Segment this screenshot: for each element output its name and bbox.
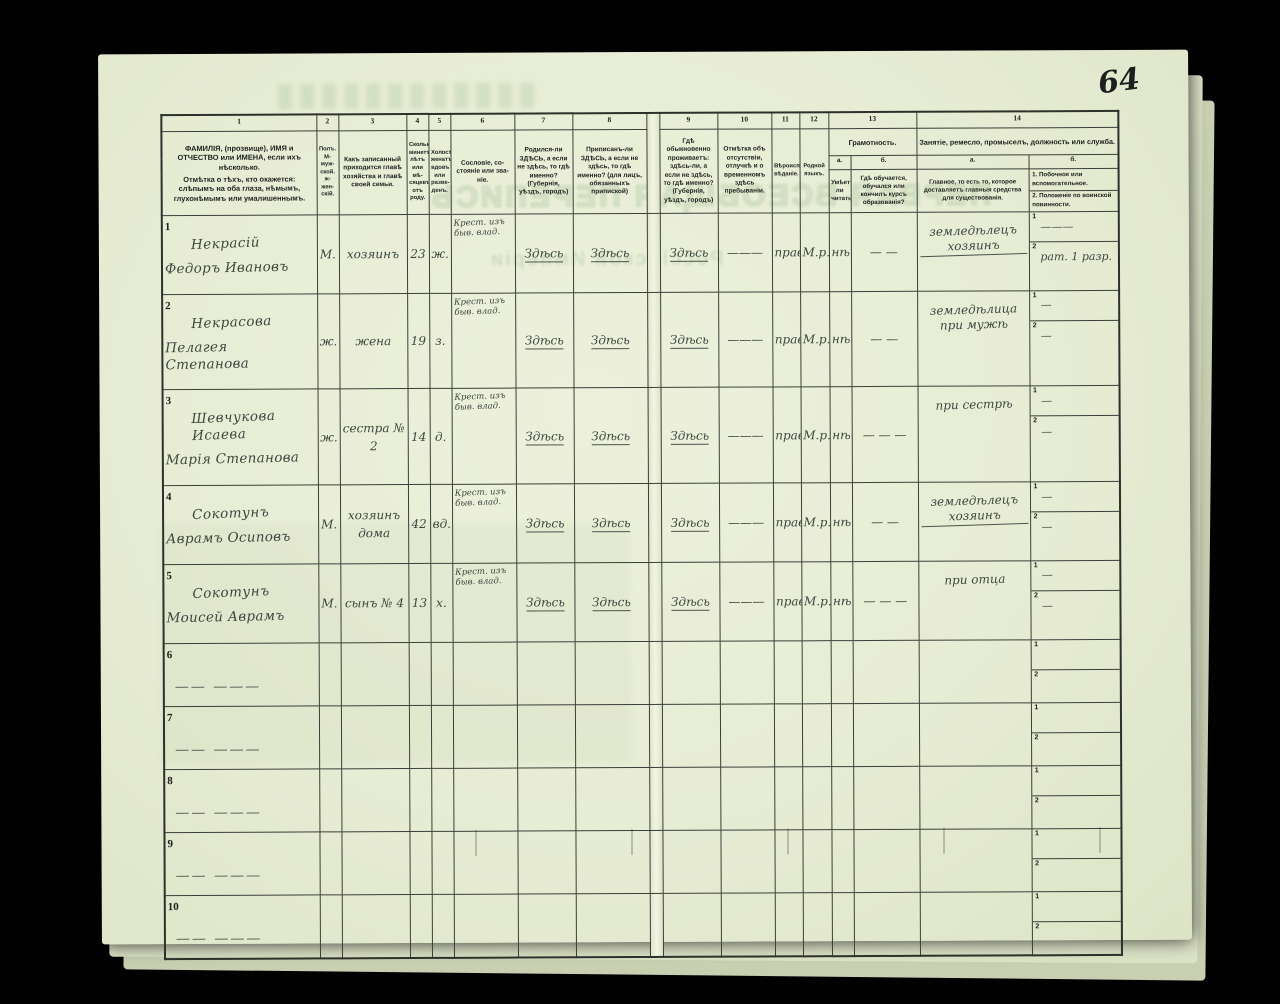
header-relation: Какъ записанный при­ходится главѣ хозяй­… — [338, 131, 406, 215]
name-cell: 10 —— ——— — [165, 894, 320, 958]
literacy-a-label: а. — [829, 156, 851, 170]
page-fold — [649, 767, 662, 830]
reads-value: нѣтъ — [833, 594, 853, 608]
occupation-b-item2: 2. Положеніе по воинской повинности. — [1029, 190, 1118, 210]
sex-value: ж. — [320, 430, 338, 444]
side-occupation-cell: 1 2 — [1031, 639, 1121, 702]
military-status-value: — — [1041, 329, 1052, 343]
age-value: 14 — [411, 430, 426, 444]
resides-value: Здѣсь — [670, 428, 709, 444]
relation-value: жена — [355, 334, 391, 348]
row-number: 5 — [166, 570, 172, 582]
literacy-a-text: Умѣетъ-ли читать? — [829, 170, 851, 213]
given-name: Моисей Аврамъ — [166, 607, 316, 627]
header-literacy-title: Грамотность. — [828, 128, 916, 155]
header-name-column: ФАМИЛІЯ, (прозвище), ИМЯ и ОТЧЕСТВО или … — [161, 131, 316, 216]
sub-number: 1 — [1034, 704, 1038, 711]
age-value: 13 — [412, 596, 427, 610]
sub-number: 1 — [1033, 388, 1037, 395]
name-cell: 5 Сокотунъ Моисей Аврамъ — [163, 564, 318, 643]
sub-number: 1 — [1032, 213, 1036, 220]
col-number: 8 — [572, 113, 646, 130]
table-row: 5 Сокотунъ Моисей Аврамъ М. сынъ № 4 13 … — [163, 560, 1120, 643]
education-value: — — — — [863, 428, 907, 442]
sex-value: М. — [321, 517, 337, 531]
sub-number: 1 — [1034, 641, 1038, 648]
reads-value: нѣтъ — [832, 428, 852, 442]
row-number: 7 — [167, 712, 173, 724]
resides-value: Здѣсь — [671, 594, 710, 610]
side-occupation-cell: 1 2 — [1031, 702, 1121, 765]
page-fold — [648, 388, 661, 484]
row-number: 4 — [166, 491, 172, 503]
language-value: М.р. — [802, 245, 829, 259]
col-number: 11 — [771, 112, 799, 129]
col-number: 1 — [161, 114, 316, 131]
marital-value: вд. — [433, 517, 451, 531]
language-value: М.р. — [804, 515, 831, 529]
table-row: 4 Сокотунъ Аврамъ Осиповъ М. хозяинъ дом… — [163, 481, 1120, 564]
education-value: — — — — [864, 593, 908, 607]
born-value: Здѣсь — [524, 246, 563, 262]
page-fold — [649, 704, 662, 767]
language-value: М.р. — [803, 428, 830, 442]
sub-number: 2 — [1034, 513, 1038, 520]
sex-value: ж. — [320, 334, 338, 348]
religion-value: прав. — [776, 594, 802, 608]
side-occupation-cell: 1 2 — [1032, 891, 1122, 955]
estate-value: Крест. изъ быв. влад. — [453, 217, 513, 240]
empty-dash — [174, 388, 315, 389]
side-occupation-cell: 1 2 — [1031, 765, 1121, 828]
side-occupation-cell: 1——— 2рат. 1 разр. — [1029, 211, 1119, 290]
table-row: 1 Некрасій Федоръ Ивановъ М. хозяинъ 23 … — [162, 211, 1119, 294]
page-fold — [650, 893, 663, 957]
given-name: Пелагея Степанова — [165, 337, 315, 374]
sub-number: 2 — [1034, 592, 1038, 599]
given-name: Марія Степанова — [166, 449, 316, 469]
header-resides: Гдѣ обыкновенно проживаетъ: здѣсь-ли, а … — [659, 129, 717, 213]
name-cell: 1 Некрасій Федоръ Ивановъ — [162, 215, 317, 294]
side-occupation-cell: 1— 2— — [1030, 481, 1120, 560]
row-number: 3 — [166, 395, 172, 407]
sub-number: 1 — [1033, 483, 1037, 490]
reads-value: нѣтъ — [833, 515, 853, 529]
header-estate: Сословіе, со­стояніе или зва­ніе. — [450, 130, 514, 214]
military-status-value: рат. 1 разр. — [1040, 250, 1112, 264]
education-value: — — — [870, 332, 898, 346]
col-number: 13 — [828, 112, 916, 129]
side-occupation-cell: 1— 2— — [1030, 386, 1120, 482]
estate-value: Крест. изъ быв. влад. — [454, 391, 514, 414]
given-name: Федоръ Ивановъ — [165, 258, 315, 278]
marital-value: д. — [435, 430, 446, 444]
given-name: Аврамъ Осиповъ — [166, 528, 316, 548]
marital-value: х. — [436, 595, 447, 609]
estate-value: Крест. изъ быв. влад. — [453, 295, 513, 318]
header-language: Родной языкъ. — [799, 129, 828, 213]
header-absence: Отмѣтка объ отсутствіи, отлучкѣ и о врем… — [717, 129, 771, 213]
sub-number: 2 — [1035, 860, 1039, 867]
occupation-value: земледѣлецъ хозяинъ — [920, 492, 1028, 527]
header-registered: Приписанъ-ли ЗДѢСЬ, а если не здѣсь, то … — [572, 129, 646, 213]
page-fold — [647, 292, 660, 388]
bleed-through-smudge — [278, 82, 538, 109]
reads-value: нѣтъ — [831, 245, 851, 259]
surname: Сокотунъ — [192, 502, 316, 524]
military-status-value: — — [1042, 520, 1053, 534]
absence-value: ——— — [727, 333, 763, 347]
col-number: 2 — [316, 114, 338, 131]
col-number: 14 — [916, 111, 1118, 128]
row-number: 2 — [165, 300, 171, 312]
header-name-text: ФАМИЛІЯ, (прозвище), ИМЯ и ОТЧЕСТВО или … — [165, 143, 313, 173]
sub-number: 2 — [1032, 243, 1036, 250]
empty-dash — [174, 562, 315, 563]
header-sex: Полъ. М-муж-ской. ж-жен-скій. — [316, 131, 338, 215]
side-occupation-value: ——— — [1040, 220, 1073, 234]
occupation-value: при сестрѣ — [920, 396, 1027, 414]
col-number: 9 — [659, 113, 717, 130]
name-cell: 4 Сокотунъ Аврамъ Осиповъ — [163, 485, 318, 564]
header-text-row: ФАМИЛІЯ, (прозвище), ИМЯ и ОТЧЕСТВО или … — [161, 127, 1118, 158]
absence-value: ——— — [728, 428, 764, 442]
born-value: Здѣсь — [525, 429, 564, 445]
estate-value: Крест. изъ быв. влад. — [454, 487, 514, 510]
surname: Шевчукова Исаева — [191, 407, 316, 446]
scan-background: ПЕРВАЯ ВСЕОБЩАЯ ПЕРЕПИСЬ Россійской Импе… — [0, 0, 1280, 1004]
side-occupation-value: — — [1041, 490, 1052, 504]
name-cell: 3 Шевчукова Исаева Марія Степанова — [163, 389, 318, 485]
occupation-value: земледѣлица при мужѣ — [919, 301, 1027, 334]
military-status-value: — — [1041, 425, 1052, 439]
religion-value: прав. — [775, 428, 801, 442]
table-row: 2 Некрасова Пелагея Степанова ж. жена 19… — [162, 290, 1119, 390]
resides-value: Здѣсь — [670, 333, 709, 349]
col-number: 7 — [514, 113, 572, 130]
side-occupation-cell: 1— 2— — [1029, 290, 1119, 386]
relation-value: сестра № 2 — [343, 421, 405, 453]
side-occupation-value: — — [1041, 299, 1052, 313]
registered-value: Здѣсь — [592, 516, 631, 532]
side-occupation-value: — — [1042, 569, 1053, 583]
sex-value: М. — [321, 596, 337, 610]
row-number: 6 — [167, 649, 173, 661]
header-name-note: Отмѣтка о тѣхъ, кто окажется: слѣпымъ на… — [166, 174, 314, 204]
sub-number: 1 — [1035, 830, 1039, 837]
header-marital: Холостъ, женатъ, вдовъ или разве­денъ. — [428, 130, 450, 214]
sub-number: 2 — [1035, 797, 1039, 804]
religion-value: прав. — [775, 332, 801, 346]
empty-dash: —— ——— — [175, 741, 317, 759]
religion-value: прав. — [774, 245, 800, 259]
born-value: Здѣсь — [526, 516, 565, 532]
marital-value: ж. — [431, 247, 449, 261]
side-occupation-cell: 1— 2— — [1030, 560, 1120, 639]
empty-dash: —— ——— — [176, 930, 318, 948]
sub-number: 2 — [1035, 923, 1039, 930]
occupation-b-text: 1. Побочное или вспомогательное. 2. Поло… — [1029, 168, 1119, 211]
sub-number: 2 — [1033, 418, 1037, 425]
table-row: 6 —— ——— 1 2 — [164, 639, 1121, 706]
row-number: 8 — [167, 775, 173, 787]
row-number: 9 — [167, 838, 173, 850]
sub-number: 2 — [1033, 322, 1037, 329]
surname: Сокотунъ — [192, 581, 316, 603]
born-value: Здѣсь — [526, 595, 565, 611]
page-fold — [646, 113, 659, 214]
page-fold — [649, 830, 662, 893]
occupation-b-label: б. — [1029, 154, 1119, 168]
census-table: 1 2 3 4 5 6 7 8 9 10 11 12 13 14 ФАМИЛІЯ… — [160, 110, 1123, 960]
reads-value: нѣтъ — [832, 332, 852, 346]
absence-value: ——— — [727, 245, 763, 259]
sub-number: 1 — [1035, 767, 1039, 774]
row-number: 10 — [168, 901, 179, 913]
col-number: 4 — [406, 114, 428, 131]
relation-value: хозяинъ дома — [348, 508, 400, 540]
born-value: Здѣсь — [525, 333, 564, 349]
relation-value: сынъ № 4 — [345, 596, 404, 610]
header-religion: Вѣроиспо­вѣданіе. — [771, 129, 799, 213]
header-age: Сколько минетъ лѣтъ или мѣ­сяцевъ отъ ро… — [406, 130, 428, 214]
absence-value: ——— — [728, 594, 764, 608]
surname: Некрасова — [191, 311, 315, 333]
relation-value: хозяинъ — [347, 247, 399, 261]
table-row: 7 —— ——— 1 2 — [164, 702, 1121, 769]
col-number: 6 — [450, 114, 514, 131]
side-occupation-value: — — [1041, 394, 1052, 408]
row-number: 1 — [165, 221, 171, 233]
occupation-b-item1: 1. Побочное или вспомогательное. — [1029, 169, 1118, 190]
col-number: 5 — [428, 114, 450, 131]
page-fold — [647, 213, 660, 292]
page-fold — [649, 641, 662, 704]
religion-value: прав. — [776, 515, 802, 529]
sex-value: М. — [320, 247, 336, 261]
empty-dash: —— ——— — [176, 867, 318, 885]
registered-value: Здѣсь — [591, 429, 630, 445]
empty-dash — [173, 292, 314, 293]
occupation-value: при отца — [921, 571, 1028, 589]
registered-value: Здѣсь — [590, 246, 629, 262]
registered-value: Здѣсь — [591, 333, 630, 349]
empty-dash: —— ——— — [175, 804, 317, 822]
absence-value: ——— — [728, 515, 764, 529]
table-row: 8 —— ——— 1 2 — [164, 765, 1121, 832]
registered-value: Здѣсь — [592, 595, 631, 611]
table-row: 9 —— ——— 1 2 — [164, 828, 1121, 895]
page-fold — [648, 483, 661, 562]
estate-value: Крест. изъ быв. влад. — [454, 565, 514, 588]
occupation-value: земледѣлецъ хозяинъ — [919, 222, 1027, 257]
census-form-page: ПЕРВАЯ ВСЕОБЩАЯ ПЕРЕПИСЬ Россійской Импе… — [98, 50, 1192, 945]
age-value: 42 — [411, 517, 426, 531]
resides-value: Здѣсь — [671, 516, 710, 532]
sub-number: 1 — [1035, 893, 1039, 900]
name-cell: 9 —— ——— — [164, 831, 319, 895]
education-value: — — — [870, 245, 898, 259]
occupation-a-text: Главное, то есть то, которое доставляетъ… — [917, 169, 1029, 212]
header-born: Родился-ли ЗДѢСЬ, а если не здѣсь, то гд… — [514, 130, 572, 214]
empty-dash: —— ——— — [175, 678, 317, 696]
age-value: 19 — [411, 334, 426, 348]
handwritten-page-number: 64 — [1096, 61, 1142, 101]
col-number: 12 — [799, 112, 828, 129]
name-cell: 2 Некрасова Пелагея Степанова — [162, 294, 317, 390]
military-status-value: — — [1042, 599, 1053, 613]
surname: Некрасій — [191, 232, 315, 254]
table-row: 3 Шевчукова Исаева Марія Степанова ж. се… — [163, 386, 1120, 486]
table-row: 10 —— ——— 1 2 — [165, 891, 1122, 959]
marital-value: з. — [435, 334, 445, 348]
literacy-b-label: б. — [851, 155, 917, 169]
sub-number: 1 — [1034, 562, 1038, 569]
occupation-a-label: а. — [917, 155, 1029, 169]
empty-dash — [174, 483, 315, 484]
resides-value: Здѣсь — [669, 246, 708, 262]
language-value: М.р. — [803, 332, 830, 346]
name-cell: 7 —— ——— — [164, 705, 319, 769]
col-number: 10 — [717, 112, 771, 129]
sub-number: 2 — [1034, 671, 1038, 678]
language-value: М.р. — [804, 594, 831, 608]
literacy-b-text: Гдѣ обучается, обучался или кончилъ курс… — [851, 169, 917, 212]
page-fold — [648, 562, 661, 641]
empty-dash — [175, 641, 316, 642]
education-value: — — — [871, 515, 899, 529]
col-number: 3 — [338, 114, 406, 131]
header-occupation-title: Занятіе, ремесло, промыселъ, должность и… — [916, 127, 1118, 155]
age-value: 23 — [410, 247, 425, 261]
name-cell: 6 —— ——— — [164, 642, 319, 706]
side-occupation-cell: 1 2 — [1031, 828, 1121, 891]
name-cell: 8 —— ——— — [164, 768, 319, 832]
sub-number: 2 — [1035, 734, 1039, 741]
sub-number: 1 — [1033, 292, 1037, 299]
